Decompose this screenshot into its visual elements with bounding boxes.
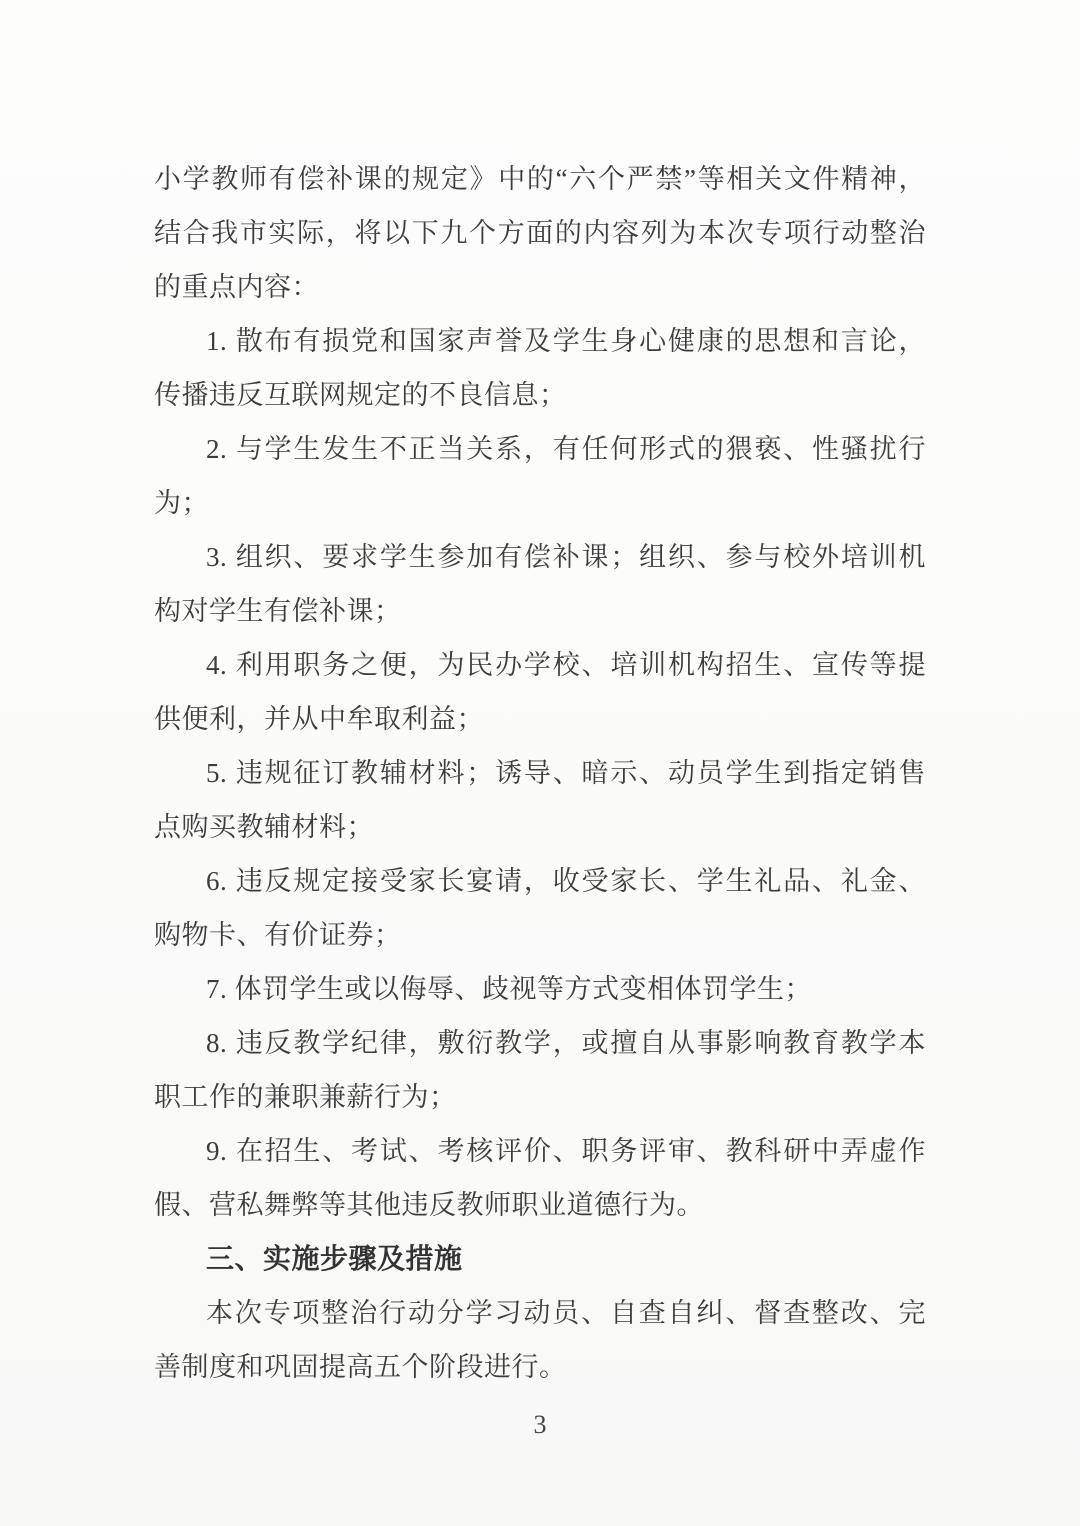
text-line: 假、营私舞弊等其他违反教师职业道德行为。 [154, 1178, 926, 1232]
text-line: 购物卡、有价证券； [154, 908, 926, 962]
text-line: 2. 与学生发生不正当关系，有任何形式的猥亵、性骚扰行 [154, 422, 926, 476]
text-line: 9. 在招生、考试、考核评价、职务评审、教科研中弄虚作 [154, 1124, 926, 1178]
text-line: 本次专项整治行动分学习动员、自查自纠、督查整改、完 [154, 1286, 926, 1340]
text-line: 传播违反互联网规定的不良信息； [154, 368, 926, 422]
text-line: 为； [154, 476, 926, 530]
text-line: 善制度和巩固提高五个阶段进行。 [154, 1340, 926, 1394]
text-line: 点购买教辅材料； [154, 800, 926, 854]
page-number: 3 [0, 1410, 1080, 1440]
text-line: 职工作的兼职兼薪行为； [154, 1070, 926, 1124]
text-line: 4. 利用职务之便，为民办学校、培训机构招生、宣传等提 [154, 638, 926, 692]
text-line: 7. 体罚学生或以侮辱、歧视等方式变相体罚学生； [154, 962, 926, 1016]
text-line: 的重点内容： [154, 260, 926, 314]
text-line: 构对学生有偿补课； [154, 584, 926, 638]
text-line: 1. 散布有损党和国家声誉及学生身心健康的思想和言论， [154, 314, 926, 368]
text-line: 3. 组织、要求学生参加有偿补课；组织、参与校外培训机 [154, 530, 926, 584]
text-line: 小学教师有偿补课的规定》中的“六个严禁”等相关文件精神， [154, 152, 926, 206]
text-line: 供便利，并从中牟取利益； [154, 692, 926, 746]
document-page: 小学教师有偿补课的规定》中的“六个严禁”等相关文件精神，结合我市实际，将以下九个… [0, 0, 1080, 1526]
text-line: 6. 违反规定接受家长宴请，收受家长、学生礼品、礼金、 [154, 854, 926, 908]
text-line: 8. 违反教学纪律，敷衍教学，或擅自从事影响教育教学本 [154, 1016, 926, 1070]
text-line: 5. 违规征订教辅材料；诱导、暗示、动员学生到指定销售 [154, 746, 926, 800]
document-body: 小学教师有偿补课的规定》中的“六个严禁”等相关文件精神，结合我市实际，将以下九个… [154, 152, 926, 1394]
section-heading: 三、实施步骤及措施 [154, 1232, 926, 1286]
text-line: 结合我市实际，将以下九个方面的内容列为本次专项行动整治 [154, 206, 926, 260]
